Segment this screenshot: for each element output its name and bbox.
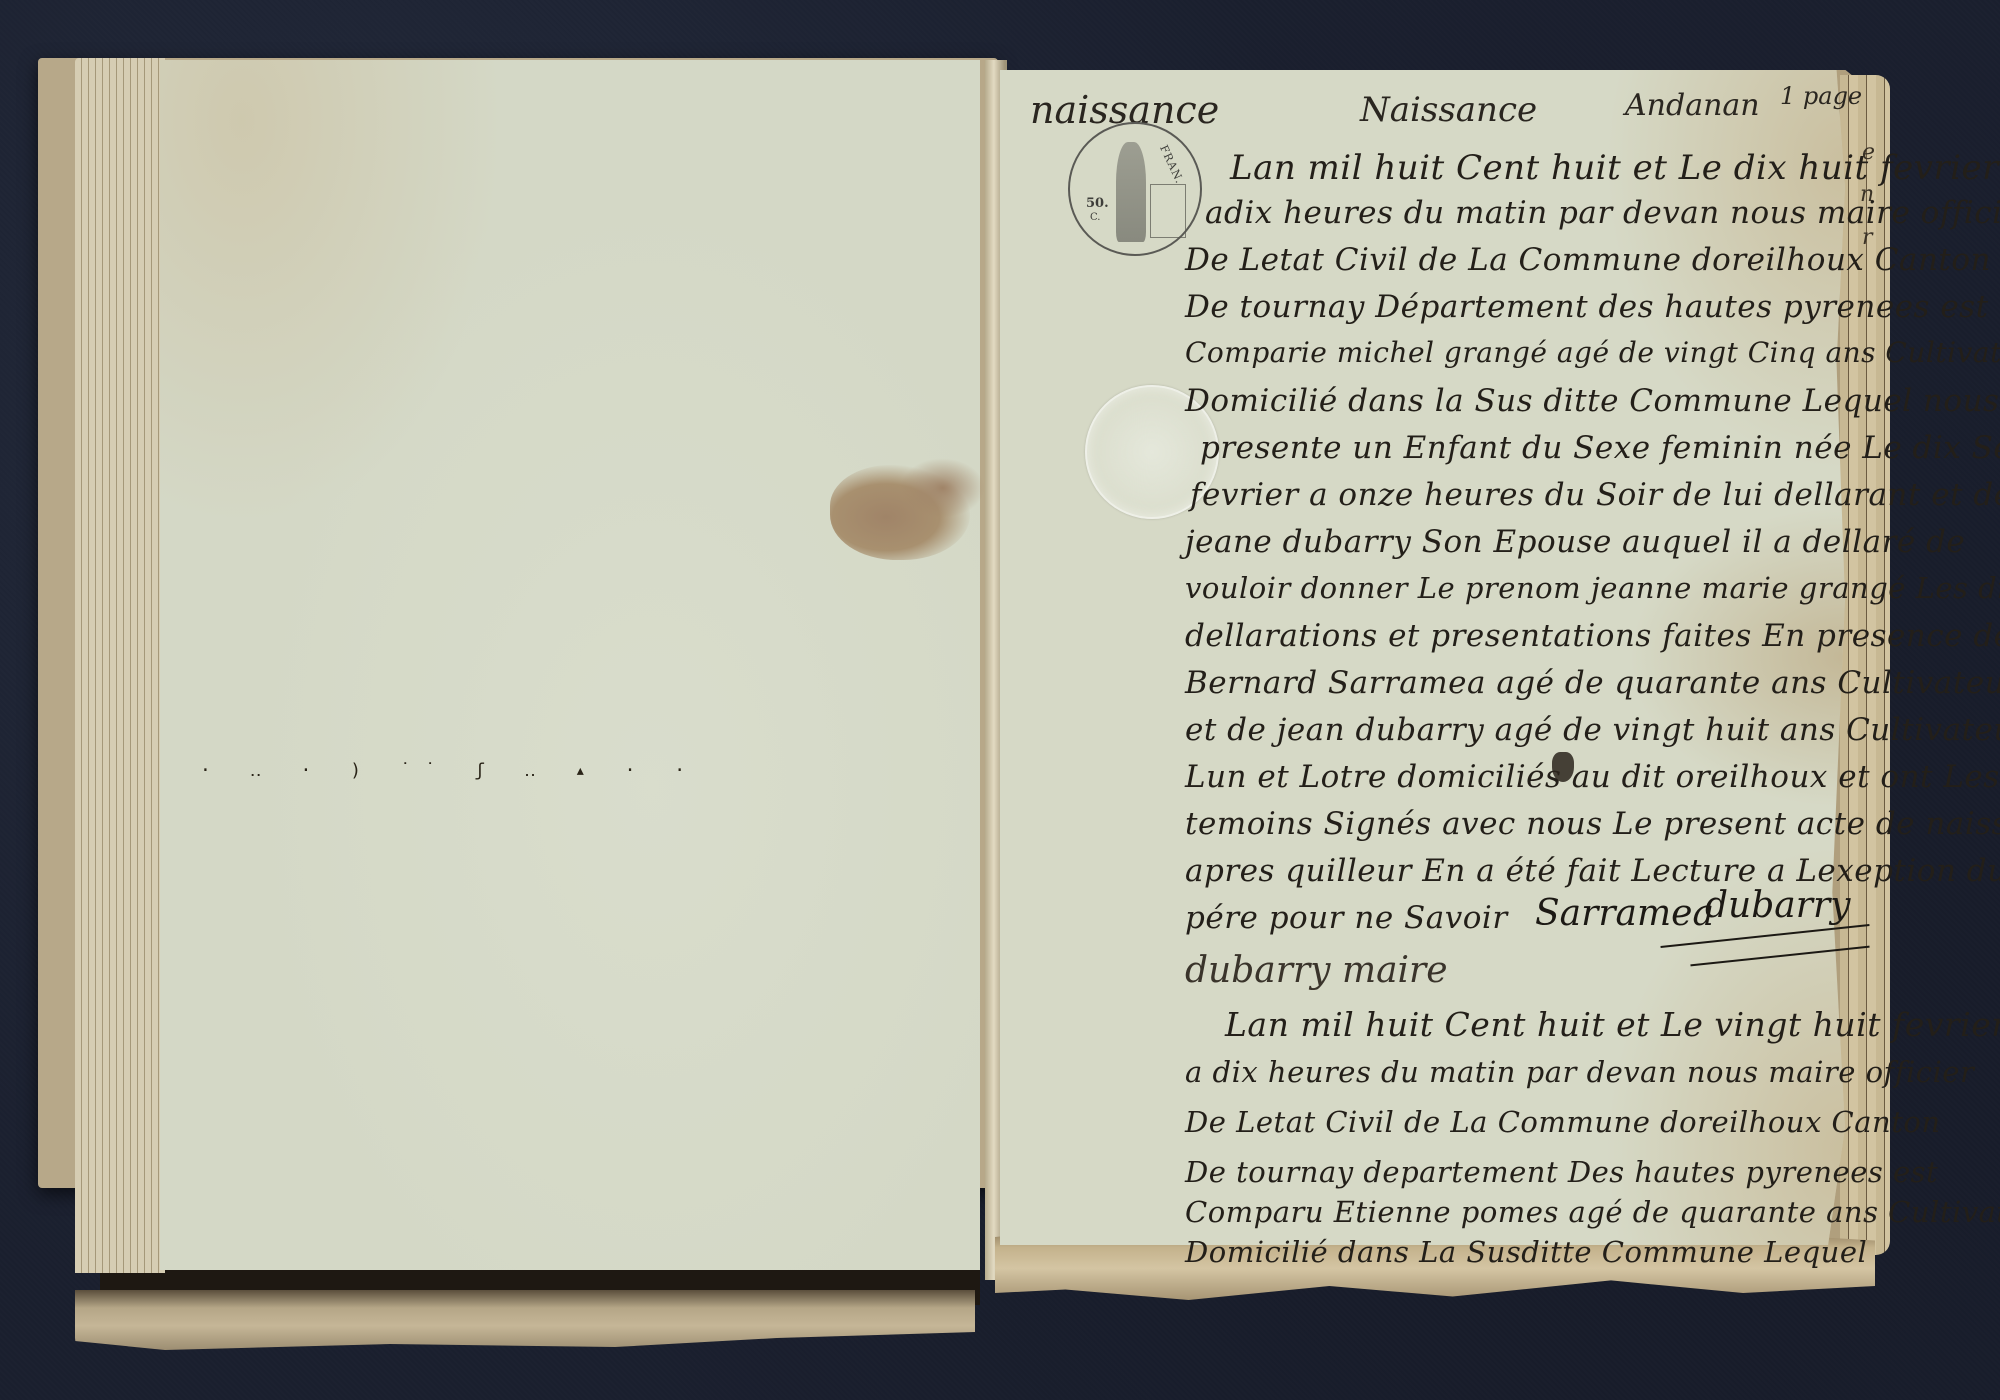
ink-specks: · ‥ · ) ˙˙ ʃ ‥ ▴ · · <box>200 760 740 820</box>
entry-line: De Letat Civil de La Commune doreilhoux … <box>1185 242 1991 278</box>
entry-line: Lan mil huit Cent huit et Le vingt huit … <box>1225 1005 2000 1044</box>
page-note: 1 page <box>1780 82 1862 110</box>
entry-line: dellarations et presentations faites En … <box>1185 618 2000 654</box>
entry-line: et de jean dubarry agé de vingt huit ans… <box>1185 712 2000 748</box>
stamp-figure <box>1116 142 1146 242</box>
record-title: Naissance <box>1360 90 1537 130</box>
entry-line: Comparie michel grangé agé de vingt Cinq… <box>1185 336 2000 369</box>
entry-line: Lun et Lotre domiciliés au dit oreilhoux… <box>1185 759 2000 795</box>
entry-line: fevrier a onze heures du Soir de lui del… <box>1190 477 2000 513</box>
signature-mayor: dubarry maire <box>1185 950 1448 991</box>
ink-blot <box>1552 752 1574 782</box>
entry-line: pére pour ne Savoir <box>1185 900 1508 936</box>
entry-line: Domicilié dans la Sus ditte Commune Lequ… <box>1185 383 2000 419</box>
signature-dubarry: dubarry <box>1705 885 1851 926</box>
entry-line: apres quilleur En a été fait Lecture a L… <box>1185 853 2000 889</box>
entry-line: presente un Enfant du Sexe feminin née L… <box>1200 430 2000 466</box>
entry-line: jeane dubarry Son Epouse auquel il a del… <box>1185 524 1965 560</box>
entry-line: Domicilié dans La Susditte Commune Leque… <box>1185 1235 1867 1269</box>
entry-line: Comparu Etienne pomes agé de quarante an… <box>1185 1195 2000 1229</box>
name-note: Andanan <box>1625 88 1760 123</box>
water-stain-secondary <box>900 458 985 518</box>
tax-stamp-icon: FRAN. 50. C. <box>1068 122 1202 256</box>
stamp-value: 50. <box>1086 196 1109 211</box>
entry-line: Lan mil huit Cent huit et Le dix huit fe… <box>1230 148 1999 188</box>
signature-sarramea: Sarramea <box>1535 893 1714 934</box>
stamp-eagle-icon <box>1150 184 1186 238</box>
entry-line: vouloir donner Le prenom jeanne marie gr… <box>1185 571 2000 605</box>
entry-line: De tournay Département des hautes pyrene… <box>1185 289 1989 325</box>
entry-line: adix heures du matin par devan nous mair… <box>1205 195 2000 231</box>
left-page-blank <box>160 60 980 1270</box>
entry-line: Bernard Sarramea agé de quarante ans Cul… <box>1185 665 2000 701</box>
stamp-text: FRAN. <box>1157 143 1186 186</box>
entry-line: a dix heures du matin par devan nous mai… <box>1185 1055 1974 1089</box>
entry-line: temoins Signés avec nous Le present acte… <box>1185 806 2000 842</box>
entry-line: De tournay departement Des hautes pyrene… <box>1185 1155 1938 1189</box>
entry-line: De Letat Civil de La Commune doreilhoux … <box>1185 1105 1941 1139</box>
left-page-edges <box>75 58 165 1273</box>
stamp-unit: C. <box>1090 212 1100 223</box>
